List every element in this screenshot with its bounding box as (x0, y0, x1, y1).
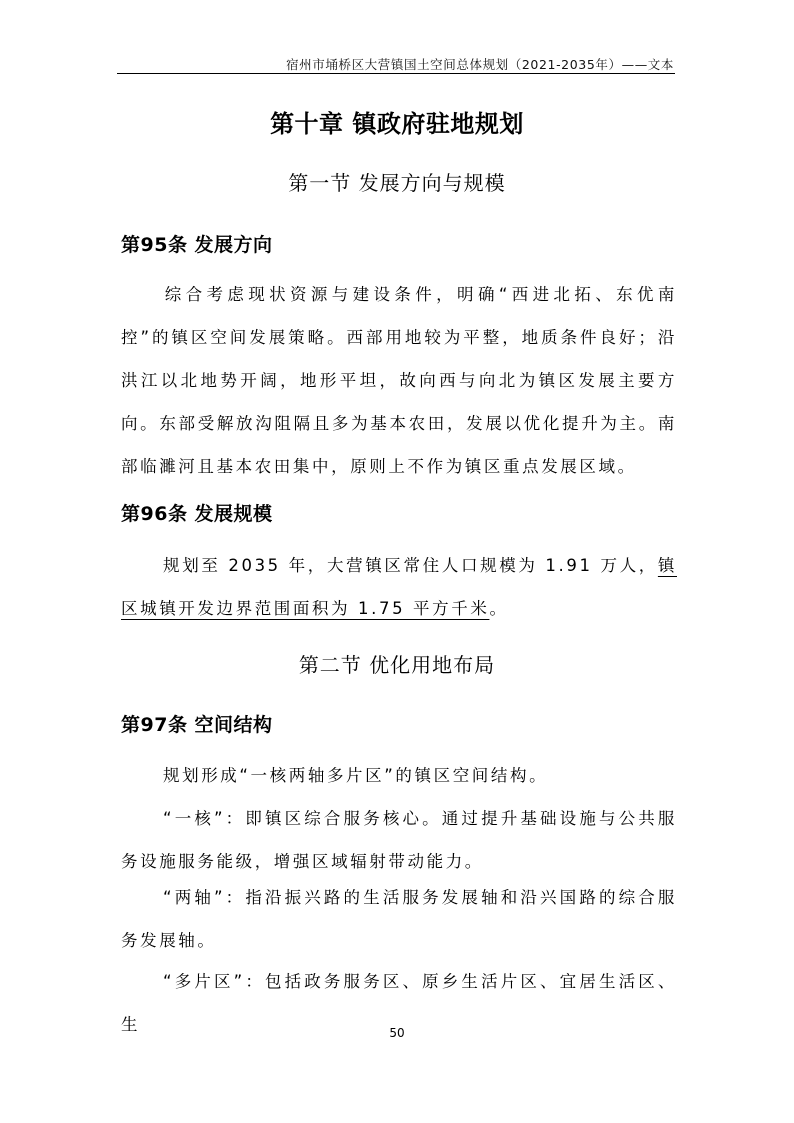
document-page: 宿州市埇桥区大营镇国土空间总体规划（2021-2035年）——文本 第十章 镇政… (0, 0, 794, 1123)
paragraph-text: “两轴”：指沿振兴路的生活服务发展轴和沿兴国路的综合服务发展轴。 (121, 888, 677, 950)
running-header: 宿州市埇桥区大营镇国土空间总体规划（2021-2035年）——文本 (286, 55, 674, 73)
article-title-95: 第95条 发展方向 (121, 230, 273, 257)
paragraph-development-direction: 综合考虑现状资源与建设条件，明确“西进北拓、东优南控”的镇区空间发展策略。西部用… (121, 273, 677, 488)
paragraph-text: 规划形成“一核两轴多片区”的镇区空间结构。 (163, 766, 548, 785)
paragraph-two-axes: “两轴”：指沿振兴路的生活服务发展轴和沿兴国路的综合服务发展轴。 (121, 876, 677, 962)
chapter-title: 第十章 镇政府驻地规划 (0, 104, 794, 139)
paragraph-text: “多片区”：包括政务服务区、原乡生活片区、宜居生活区、生 (121, 972, 677, 1034)
paragraph-one-core: “一核”：即镇区综合服务核心。通过提升基础设施与公共服务设施服务能级，增强区域辐… (121, 797, 677, 883)
paragraph-end: 。 (489, 599, 508, 618)
page-number: 50 (0, 1026, 794, 1040)
paragraph-text: “一核”：即镇区综合服务核心。通过提升基础设施与公共服务设施服务能级，增强区域辐… (121, 809, 677, 871)
section-title-1: 第一节 发展方向与规模 (0, 167, 794, 196)
section-title-2: 第二节 优化用地布局 (0, 649, 794, 678)
article-title-96: 第96条 发展规模 (121, 499, 273, 526)
header-divider (117, 73, 675, 74)
paragraph-text: 规划至 2035 年，大营镇区常住人口规模为 1.91 万人， (163, 556, 658, 575)
paragraph-spatial-structure: 规划形成“一核两轴多片区”的镇区空间结构。 (121, 754, 677, 797)
paragraph-development-scale: 规划至 2035 年，大营镇区常住人口规模为 1.91 万人，镇区城镇开发边界范… (121, 544, 677, 630)
paragraph-text: 综合考虑现状资源与建设条件，明确“西进北拓、东优南控”的镇区空间发展策略。西部用… (121, 285, 677, 476)
article-title-97: 第97条 空间结构 (121, 710, 273, 737)
